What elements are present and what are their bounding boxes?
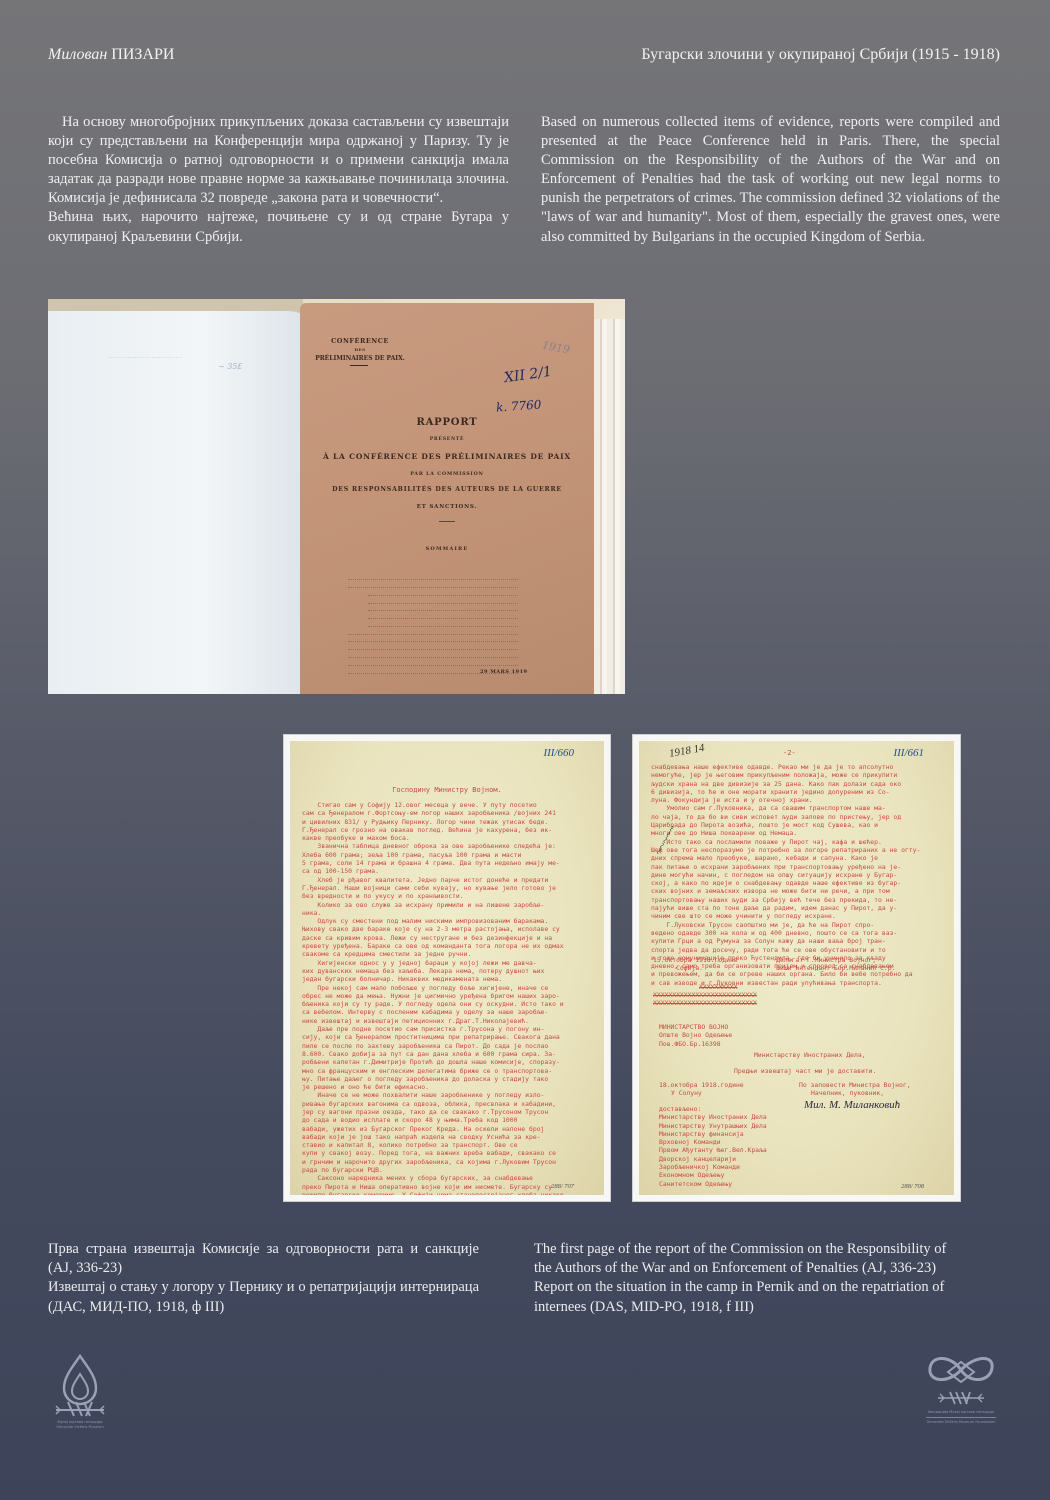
handwritten-scribble: 1918 14 xyxy=(669,744,706,758)
knot-barbed-wire-icon xyxy=(922,1350,1000,1408)
ministry-line: Опште Војно Одељење xyxy=(659,1031,732,1039)
typed-line: сам са Ђенералом г.Фортсоњу-ем логор наш… xyxy=(302,809,590,817)
foundation-logo: Фондација Музеј жртава геноцида Genocide… xyxy=(922,1350,1000,1432)
typed-line: ло чаја, то да бо ви сиви исповет људи з… xyxy=(651,813,940,821)
chief: Начелник, пуковник, xyxy=(811,1089,884,1097)
handwritten-year: 1919 xyxy=(541,339,571,357)
to-ministry: Министарству Иностраних Дела, xyxy=(754,1051,866,1059)
letter-dateline: 15.октобра 1918.године Делегат Г.Министр… xyxy=(653,956,943,1007)
page-number: -2- xyxy=(783,749,796,757)
typed-line: Одлук су сместени под малим нискими импр… xyxy=(302,917,590,925)
recipient-line: Првом Ађутанту Њег.Вел.Краља xyxy=(659,1146,767,1154)
typed-line: кревету уређена. Бараке са ове од команд… xyxy=(302,942,590,950)
typed-line: решиле бугарске комориме. У Софији нема … xyxy=(302,1191,590,1195)
typed-line: са вебелом. Интерву с посленим кабадима … xyxy=(302,1008,590,1016)
divider xyxy=(439,521,455,522)
typed-line: људски храна на две дивизије за 25 дана.… xyxy=(651,780,940,788)
letter-photo-2: 1918 14 -2- III/661 снабдевања наше ефек… xyxy=(633,735,960,1201)
faint-text: ······························· xyxy=(108,355,183,362)
typed-line: вабади који је још тако напраћ издела на… xyxy=(302,1133,590,1141)
forward-text: Предњи извештај част ми је доставити. xyxy=(734,1067,876,1075)
table-of-contents xyxy=(348,573,518,674)
logo-right-sub: Genocide Victims Museum Foundation xyxy=(922,1420,1000,1424)
typed-line: вабади, ужетих из Бугарског Преког Креда… xyxy=(302,1125,590,1133)
archive-ref: III/660 xyxy=(543,749,574,757)
ministry-header: МИНИСТАРСТВО ВОЈНООпште Војно ОдељењеПов… xyxy=(659,1023,732,1048)
flame-barbed-wire-icon xyxy=(48,1352,112,1418)
typed-line: Хлеб је рђавог квалитета. Једно парче ис… xyxy=(302,876,590,884)
typed-line: нике извештај и извештаји петиционних г.… xyxy=(302,1017,590,1025)
typed-line: Умолио сам г.Пуковника, да са свашим тра… xyxy=(651,804,940,812)
typed-line: Стигао сам у Софију 12.овог месеца у веч… xyxy=(302,801,590,809)
typed-line: обрес не може да мења. Нужни је цигмично… xyxy=(302,992,590,1000)
typed-line: један бугарски болничар. Никаквих медика… xyxy=(302,975,590,983)
typed-line: Г.Ђенерал. Наши војници сами себи кувају… xyxy=(302,884,590,892)
typed-line: ставио и капитал 8, колико потребно за т… xyxy=(302,1141,590,1149)
typed-line: транспортовању наших људи за Србију већ … xyxy=(651,896,940,904)
typed-line: купи у свакој возу. Поред тога, на важни… xyxy=(302,1149,590,1157)
caption-serbian-2: Извештај о стању у логору у Пернику и о … xyxy=(48,1278,479,1316)
report-title: RAPPORT xyxy=(300,417,594,428)
typed-line: преко Пирота и Ниша оперативно војне кој… xyxy=(302,1183,590,1191)
recipient-line: Санитетском Одељењу xyxy=(659,1180,767,1188)
typed-line: Званична таблица дневног оброка за ове з… xyxy=(302,842,590,850)
archive-ref: III/661 xyxy=(893,749,924,757)
blank-page: ······························· ~ 35£ xyxy=(48,311,306,694)
dateline-2: Софија. Виши интендант Бор.Миланић с.р. xyxy=(653,964,943,972)
recipient-line: достављено: xyxy=(659,1105,767,1113)
author-first-name: Милован xyxy=(48,46,107,63)
letter-photo-1: III/660 Господину Министру Војном. Стига… xyxy=(284,735,610,1201)
typed-line: и грнчим и нарочито других заробљеника, … xyxy=(302,1158,590,1166)
author-name: Милован ПИЗАРИ xyxy=(48,46,174,64)
paper-edges xyxy=(594,319,625,694)
des-label: DES xyxy=(300,347,420,352)
divider xyxy=(926,1417,996,1418)
intro-english-p1: Based on numerous collected items of evi… xyxy=(541,113,1000,247)
struck-text: XXXXXXXXXXXXXXXXXXXXXXXXXXX xyxy=(653,991,943,999)
logo-left-name: Музеј жртава геноцида xyxy=(48,1420,112,1424)
conference-label: CONFÉRENCE xyxy=(300,337,420,345)
typed-line: Колико за ово служе за исхрану примили и… xyxy=(302,901,590,909)
typed-line: чиним све што се може учинити у погледу … xyxy=(651,912,940,920)
conference-title: À LA CONFÉRENCE DES PRÉLIMINAIRES DE PAI… xyxy=(300,452,594,461)
typed-line: до сада и водио исплате и скоро 48 у њим… xyxy=(302,1116,590,1124)
handwritten-ref-1: XII 2/1 xyxy=(503,364,553,387)
typed-line: 5 грама, соли 14 грама и брашна 4 грама.… xyxy=(302,859,590,867)
typed-line: дних спрема мало преобуке, шарано, кебад… xyxy=(651,854,940,862)
typed-line: без вредности и по укусу и по хранљивост… xyxy=(302,892,590,900)
letter-body: Стигао сам у Софију 12.овог месеца у веч… xyxy=(302,801,590,1195)
typed-line: 8.600. Свако добија за пут са дан дана х… xyxy=(302,1050,590,1058)
caption-serbian-1: Прва страна извештаја Комисије за одгово… xyxy=(48,1240,479,1278)
ministry-line: Пов.ФБО.Бр.16398 xyxy=(659,1040,732,1048)
typed-line: снабдевања наше ефективе одавде. Рекао м… xyxy=(651,763,940,771)
typed-line: Г.Луковски Трусон саопштио ми је, да ће … xyxy=(651,921,940,929)
typed-line: пак питање о исхрани заробљених при тран… xyxy=(651,863,940,871)
caption-english: The first page of the report of the Comm… xyxy=(534,1240,966,1317)
typed-line: бљеника који су ту радe. У погледу одела… xyxy=(302,1000,590,1008)
typed-line: ких дуванских немаца без хаљеба. Лекара … xyxy=(302,967,590,975)
typed-line: је решено и оно ће бити ефикасно. xyxy=(302,1083,590,1091)
typed-line: ских војних и земаљских извора не може б… xyxy=(651,887,940,895)
typed-line: луна. Фокундија је иста и у отечној хран… xyxy=(651,796,940,804)
commission-title: DES RESPONSABILITÉS DES AUTEURS DE LA GU… xyxy=(300,486,594,493)
typed-line: Шеф ове тога неспоразумо је потребно за … xyxy=(651,846,940,854)
ministry-line: МИНИСТАРСТВО ВОЈНО xyxy=(659,1023,732,1031)
typed-line: 6 дивизија, то ће и оне морати хранити ј… xyxy=(651,788,940,796)
archive-mark: 288/ 707 xyxy=(551,1183,574,1191)
recipient-line: Врховној Команди xyxy=(659,1138,767,1146)
typed-line: многи ове до Ниша покварени од Немаца. xyxy=(651,829,940,837)
typed-line: и цивилних 831/ у Рудњику Пернику. Логор… xyxy=(302,818,590,826)
typed-line: Иначе се не може похвалити наше заробљен… xyxy=(302,1091,590,1099)
par-label: PAR LA COMMISSION xyxy=(300,471,594,477)
typed-line: пајући више ста по тоне даље да радим, и… xyxy=(651,904,940,912)
typed-line: Исто тако са посламили поваже у Пирот ча… xyxy=(651,838,940,846)
typed-line: какве преобуке и махом боса. xyxy=(302,834,590,842)
typed-line: Г.Ђенерал се грозно на овакав поглед. Ве… xyxy=(302,826,590,834)
place-2: У Солуну xyxy=(671,1089,702,1097)
typed-line: рада по бугарски РЦВ. xyxy=(302,1166,590,1174)
typed-line: њу. Питање даљег о погледу заробљеника д… xyxy=(302,1075,590,1083)
recipient-line: Министарству Унутрашњих Дела xyxy=(659,1122,767,1130)
recipient-line: Министарству финансија xyxy=(659,1130,767,1138)
typed-line: даске са кривим крова. Лежи су неструган… xyxy=(302,934,590,942)
sanctions-label: ET SANCTIONS. xyxy=(300,504,594,510)
typed-line: Хигијенски однос у у једној бараци у кој… xyxy=(302,959,590,967)
faint-handwriting: ~ 35£ xyxy=(218,362,243,371)
report-photo: ······························· ~ 35£ CO… xyxy=(48,299,625,694)
caption-english-1: The first page of the report of the Comm… xyxy=(534,1240,966,1278)
intro-english: Based on numerous collected items of evi… xyxy=(541,113,1000,247)
typed-line: Хлеба 600 грама; зеља 100 грама, пасуља … xyxy=(302,851,590,859)
struck-text: XXXXXXXXXXXXXXXXXXXXXXXXXXX xyxy=(653,999,943,1007)
typed-letter-1: III/660 Господину Министру Војном. Стига… xyxy=(290,741,604,1195)
presente-label: PRÉSENTÉ xyxy=(300,437,594,442)
typed-line: ника. xyxy=(302,909,590,917)
divider xyxy=(350,365,368,366)
recipient-line: Дворској канцеларији xyxy=(659,1155,767,1163)
typed-line: спорта једва да досечу, ради тога ће се … xyxy=(651,946,940,954)
typed-line: Даље пре подне посетио сам присистка г.Т… xyxy=(302,1025,590,1033)
intro-serbian-p2: Већина њих, нарочито најтеже, почињене с… xyxy=(48,208,509,246)
dateline: 15.октобра 1918.године Делегат Г.Министр… xyxy=(653,956,943,964)
signature: Мил. М. Миланковић xyxy=(804,1101,900,1109)
author-last-name: ПИЗАРИ xyxy=(111,46,174,63)
intro-serbian-p1: На основу многобројних прикупљених доказ… xyxy=(48,113,509,208)
typed-letter-2: 1918 14 -2- III/661 снабдевања наше ефек… xyxy=(639,741,954,1195)
typed-line: ривања бугарских вагонима са одвоза, обл… xyxy=(302,1100,590,1108)
preliminaires-label: PRÉLIMINAIRES DE PAIX. xyxy=(300,355,420,362)
typed-line: јер су вагони празни оезда, тако да се с… xyxy=(302,1108,590,1116)
recipient-line: Економном Одељењу xyxy=(659,1171,767,1179)
recipients-list: достављено:Министарству Иностраних ДелаМ… xyxy=(659,1105,767,1188)
book-title: Бугарски злочини у окупираној Србији (19… xyxy=(641,46,1000,64)
intro-serbian: На основу многобројних прикупљених доказ… xyxy=(48,113,509,247)
caption-serbian: Прва страна извештаја Комисије за одгово… xyxy=(48,1240,479,1317)
report-cover: CONFÉRENCE DES PRÉLIMINAIRES DE PAIX. 19… xyxy=(300,303,594,694)
archive-mark: 288/ 708 xyxy=(901,1183,924,1191)
letter-body: снабдевања наше ефективе одавде. Рекао м… xyxy=(651,763,940,987)
summary-heading: SOMMAIRE xyxy=(300,546,594,552)
typed-line: Пре некој сам мало побољше у погледу бољ… xyxy=(302,984,590,992)
logo-left-sub: Genocide Victims Museum xyxy=(48,1425,112,1429)
typed-line: ведено одавде 300 на кола и од 400 дневн… xyxy=(651,929,940,937)
typed-line: пиле се после по захтеву заробљеника са … xyxy=(302,1042,590,1050)
typed-line: свакоме са кредцима сместили за једне ру… xyxy=(302,950,590,958)
typed-line: купити Грци а од Румуна за Солун кажу да… xyxy=(651,937,940,945)
typed-line: немогуће, јер је његовим прикупљеним пол… xyxy=(651,771,940,779)
typed-line: дине могући начин, с погледом на опшу си… xyxy=(651,871,940,879)
logo-right-name: Фондација Музеј жртава геноцида xyxy=(922,1410,1000,1414)
typed-line: ској, а како по идеји о снабдевању одавд… xyxy=(651,879,940,887)
typed-line: са од 100-150 грама. xyxy=(302,867,590,875)
typed-line: Царибрада до Пирота возића, пошто је мос… xyxy=(651,821,940,829)
caption-english-2: Report on the situation in the camp in P… xyxy=(534,1278,966,1316)
genocide-museum-logo: Музеј жртава геноцида Genocide Victims M… xyxy=(48,1352,112,1432)
typed-line: сију, који са Ђенералом проститницима пр… xyxy=(302,1033,590,1041)
salutation: Господину Министру Војном. xyxy=(290,786,604,794)
typed-line: Њихову свако две бараке које су на 2-3 м… xyxy=(302,925,590,933)
report-date: 29 MARS 1919 xyxy=(480,669,528,675)
typed-line: Саксоно наредника мених у сбора бугарски… xyxy=(302,1174,590,1182)
struck-text: XXXXXXXXXX xyxy=(699,983,943,991)
handwritten-ref-2: k. 7760 xyxy=(496,397,542,414)
typed-line: робљени капетан г.Димитрије Протић до до… xyxy=(302,1058,590,1066)
typed-line: мно са француским и енглеским делегатима… xyxy=(302,1067,590,1075)
recipient-line: Заробљеничкој Команди xyxy=(659,1163,767,1171)
recipient-line: Министарству Иностраних Дела xyxy=(659,1113,767,1121)
